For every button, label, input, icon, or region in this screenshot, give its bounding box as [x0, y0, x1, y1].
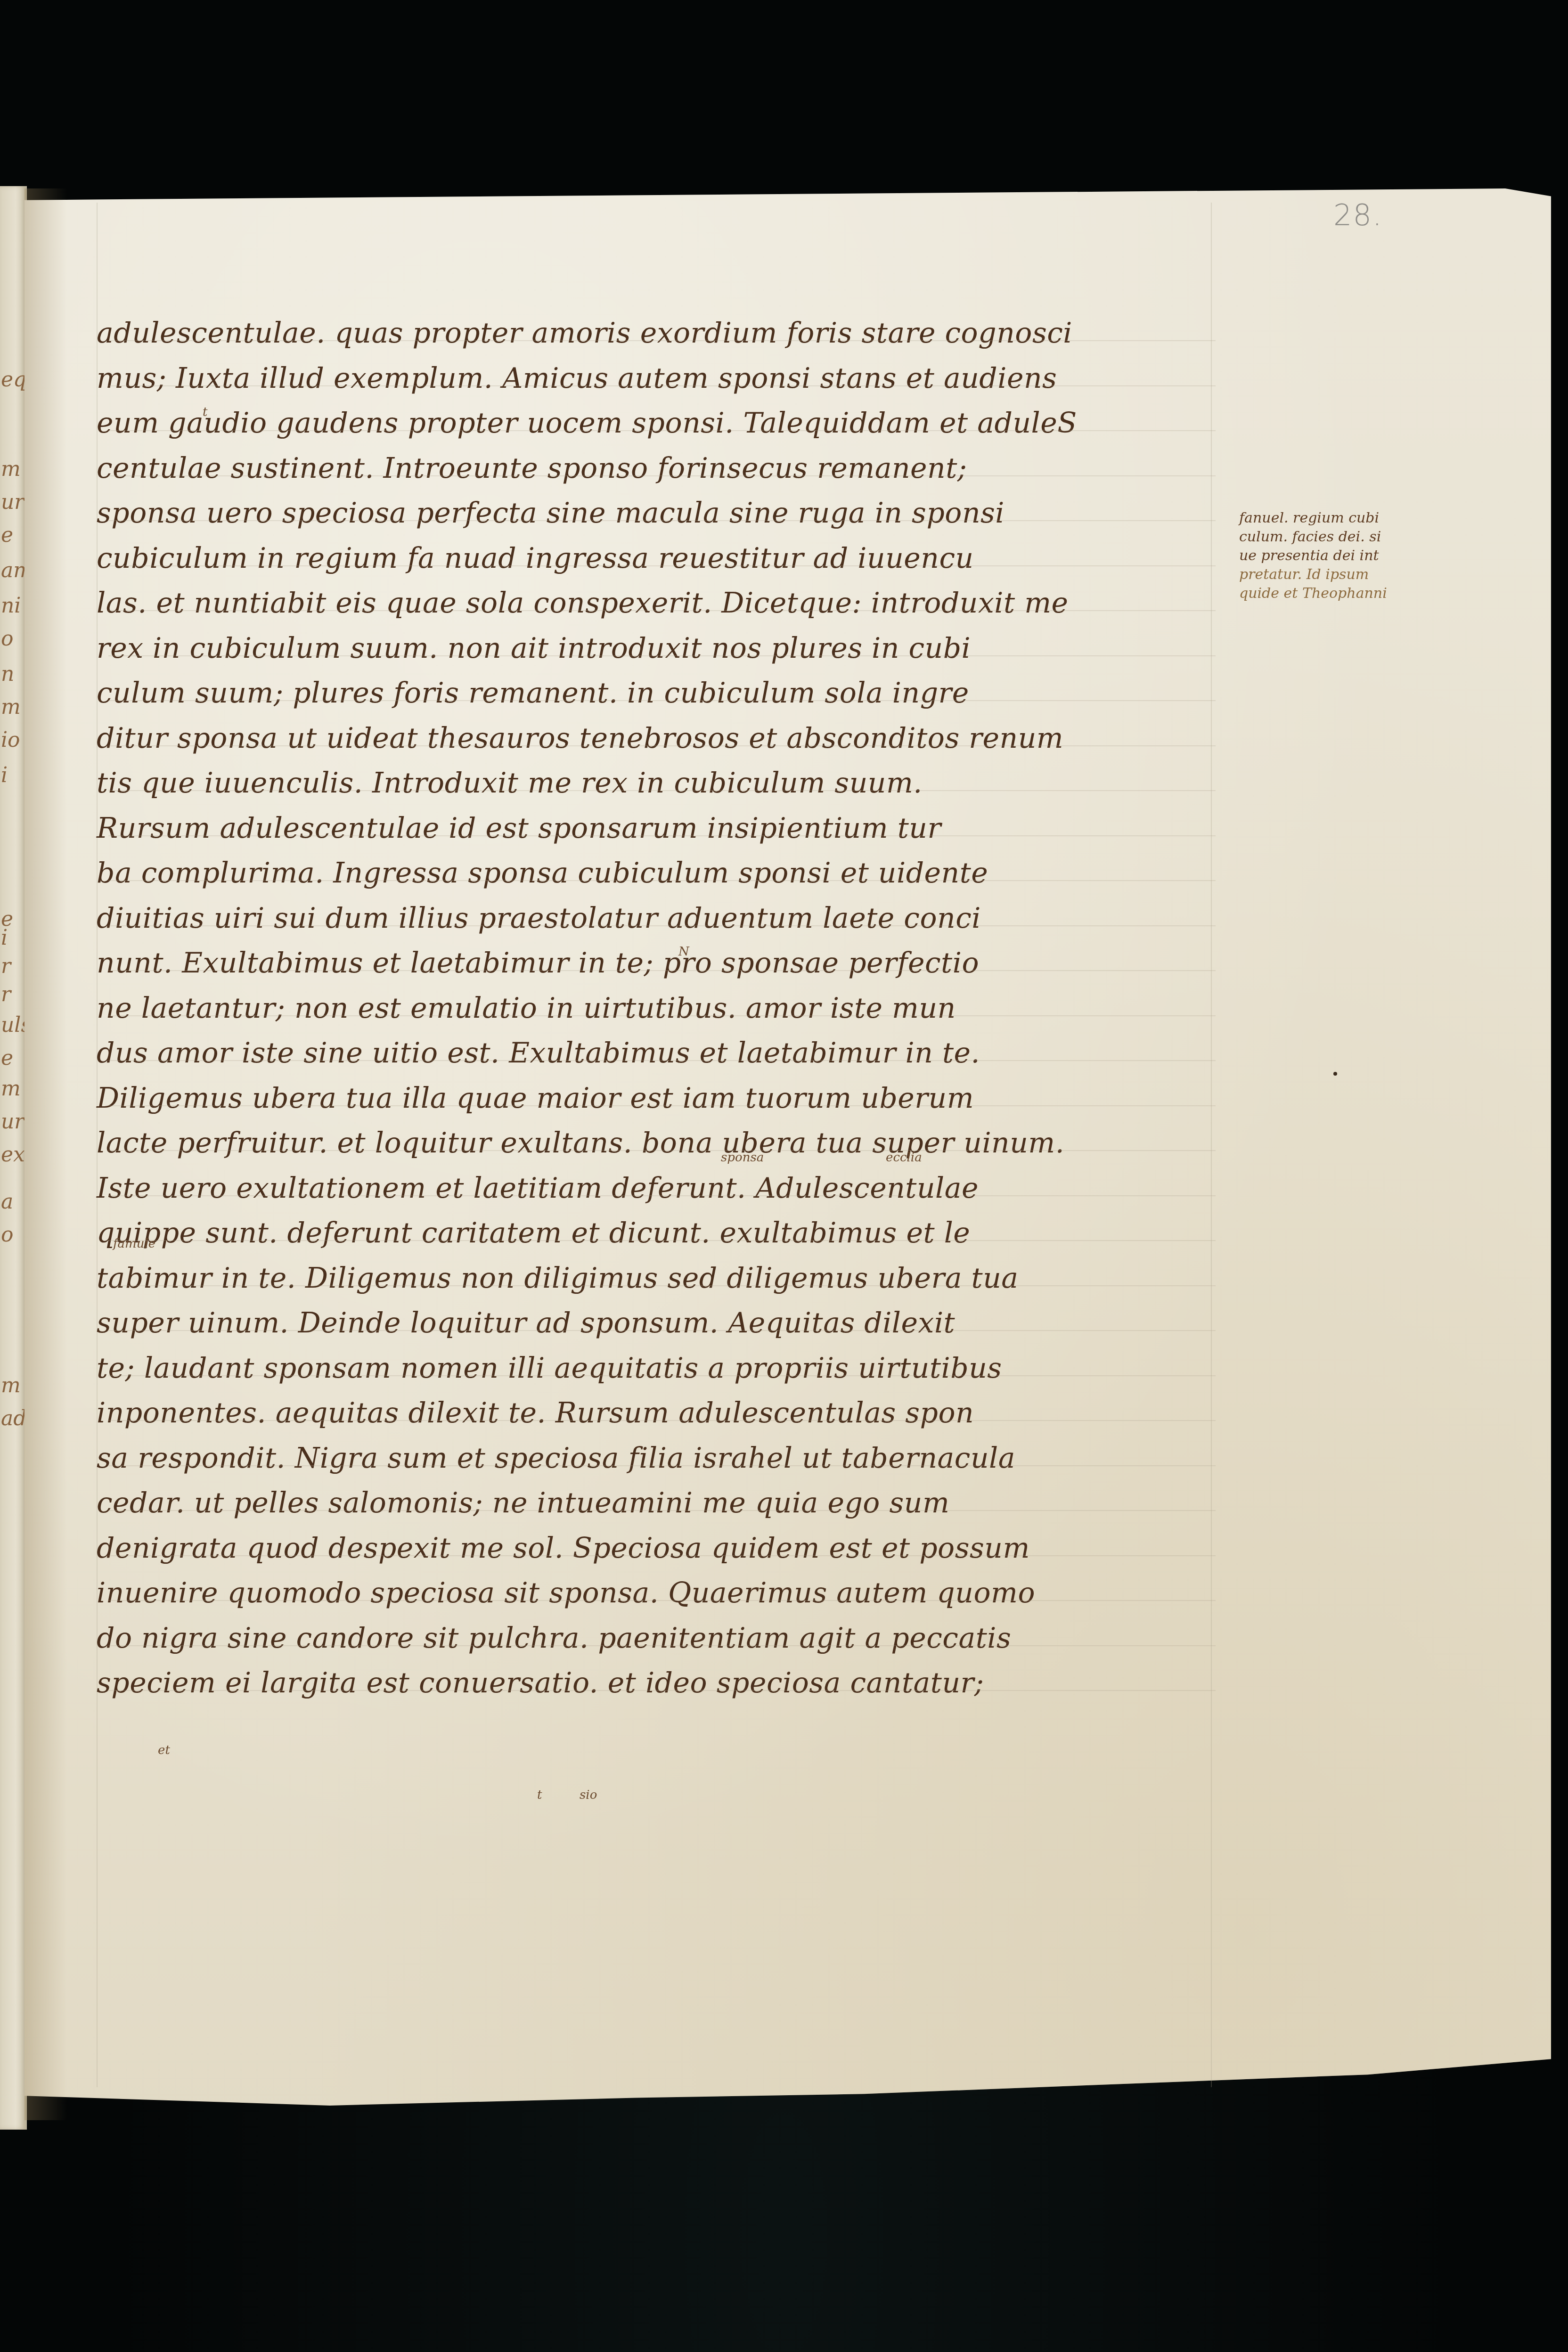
margin-note-line: culum. facies dei. si	[1239, 528, 1437, 547]
facing-page-fragment: am	[1, 558, 25, 582]
margin-note-line: pretatur. Id ipsum	[1239, 565, 1437, 584]
text-line: dus amor iste sine uitio est. Exultabimu…	[97, 1031, 1251, 1076]
text-line: diuitias uiri sui dum illius praestolatu…	[97, 896, 1251, 941]
facing-page-fragment: a	[1, 1190, 25, 1214]
text-line: inponentes. aequitas dilexit te. Rursum …	[97, 1391, 1251, 1436]
facing-page-fragment: ur	[1, 1110, 25, 1134]
text-line: lacte perfruitur. et loquitur exultans. …	[97, 1121, 1251, 1166]
text-line: denigrata quod despexit me sol. Speciosa…	[97, 1526, 1251, 1571]
facing-page-fragment: m	[1, 457, 25, 481]
text-line: nunt. Exultabimus et laetabimur in te; p…	[97, 941, 1251, 986]
text-line: culum suum; plures foris remanent. in cu…	[97, 671, 1251, 716]
text-line: ditur sponsa ut uideat thesauros tenebro…	[97, 716, 1251, 761]
folio-number: 28.	[1333, 198, 1383, 232]
facing-page-fragment: ex	[1, 1143, 25, 1167]
interlinear-gloss: t	[203, 405, 207, 419]
facing-page-fragment: i	[1, 926, 25, 950]
stray-ink-dot	[1333, 1072, 1337, 1076]
ruling-line	[108, 475, 1216, 476]
ruling-line	[108, 1510, 1216, 1511]
facing-page-fragment: r	[1, 982, 25, 1006]
ruling-line	[108, 1285, 1216, 1286]
ruling-line	[108, 1465, 1216, 1466]
facing-page-fragment: ulsq:	[1, 1013, 25, 1037]
ruling-line	[108, 385, 1216, 386]
ruling-line	[108, 700, 1216, 701]
ruling-line	[108, 1645, 1216, 1646]
margin-note-line: quide et Theophanni	[1239, 584, 1437, 603]
ruling-line	[108, 1150, 1216, 1151]
ruling-line	[108, 1195, 1216, 1196]
ruling-line	[108, 565, 1216, 566]
ruling-line	[108, 1600, 1216, 1601]
ruling-line	[108, 655, 1216, 656]
text-line: speciem ei largita est conuersatio. et i…	[97, 1661, 1251, 1706]
interlinear-gloss: t	[537, 1788, 542, 1802]
facing-page-fragment: r	[1, 954, 25, 978]
text-line: cubiculum in regium fa nuad ingressa reu…	[97, 536, 1251, 581]
margin-annotation: fanuel. regium cubiculum. facies dei. si…	[1239, 509, 1437, 603]
interlinear-gloss: sponsa	[721, 1151, 764, 1165]
ruling-line	[108, 1240, 1216, 1241]
text-line: las. et nuntiabit eis quae sola conspexe…	[97, 581, 1251, 626]
facing-page-fragment: o	[1, 1223, 25, 1247]
ruling-line	[108, 1690, 1216, 1691]
margin-note-line: ue presentia dei int	[1239, 547, 1437, 565]
facing-page-fragment: ur	[1, 490, 25, 514]
facing-page-fragment: n	[1, 662, 25, 686]
facing-page-fragment: o	[1, 627, 25, 651]
interlinear-gloss: famule	[113, 1237, 155, 1251]
margin-note-line: fanuel. regium cubi	[1239, 509, 1437, 528]
facing-page-edge: eq:mureamnionmioieirrulsq:emurexaomadé	[0, 186, 27, 2130]
text-line: inuenire quomodo speciosa sit sponsa. Qu…	[97, 1571, 1251, 1616]
ruling-line	[108, 925, 1216, 926]
ruling-line	[108, 745, 1216, 746]
text-line: ne laetantur; non est emulatio in uirtut…	[97, 986, 1251, 1031]
text-line: adulescentulae. quas propter amoris exor…	[97, 311, 1251, 356]
facing-page-fragment: m	[1, 695, 25, 719]
ruling-line	[108, 1105, 1216, 1106]
interlinear-gloss: ecclia	[886, 1151, 922, 1165]
facing-page-fragment: ni	[1, 594, 25, 618]
text-line: Rursum adulescentulae id est sponsarum i…	[97, 806, 1251, 851]
text-line: te; laudant sponsam nomen illi aequitati…	[97, 1346, 1251, 1391]
interlinear-gloss: sio	[580, 1788, 597, 1802]
ruling-line	[108, 520, 1216, 521]
facing-page-fragment: adé	[1, 1406, 25, 1430]
text-line: mus; Iuxta illud exemplum. Amicus autem …	[97, 356, 1251, 401]
interlinear-gloss: et	[158, 1743, 170, 1757]
facing-page-fragment: e	[1, 523, 25, 547]
text-line: sponsa uero speciosa perfecta sine macul…	[97, 491, 1251, 536]
ruling-line	[108, 610, 1216, 611]
ruling-line	[108, 790, 1216, 791]
ruling-line	[108, 1420, 1216, 1421]
text-line: do nigra sine candore sit pulchra. paeni…	[97, 1616, 1251, 1661]
ruling-line	[108, 340, 1216, 341]
interlinear-gloss: N	[678, 945, 689, 959]
facing-page-fragment: io	[1, 728, 25, 752]
text-line: Diligemus ubera tua illa quae maior est …	[97, 1076, 1251, 1121]
facing-page-fragment: m	[1, 1077, 25, 1101]
ruling-line	[108, 1330, 1216, 1331]
facing-page-fragment: i	[1, 763, 25, 787]
text-line: rex in cubiculum suum. non ait introduxi…	[97, 626, 1251, 671]
ruling-line	[108, 970, 1216, 971]
facing-page-fragment: e	[1, 1046, 25, 1070]
text-line: eum gaudio gaudens propter uocem sponsi.…	[97, 401, 1251, 446]
ruling-line	[108, 1555, 1216, 1556]
text-line: sa respondit. Nigra sum et speciosa fili…	[97, 1436, 1251, 1481]
text-line: cedar. ut pelles salomonis; ne intueamin…	[97, 1481, 1251, 1526]
facing-page-fragment: eq:	[1, 367, 25, 392]
text-line: tis que iuuenculis. Introduxit me rex in…	[97, 761, 1251, 806]
text-line: centulae sustinent. Introeunte sponso fo…	[97, 446, 1251, 491]
text-line: Iste uero exultationem et laetitiam defe…	[97, 1166, 1251, 1211]
ruling-line	[108, 835, 1216, 836]
ruling-line	[108, 880, 1216, 881]
ruling-line	[108, 430, 1216, 431]
facing-page-fragment: m	[1, 1373, 25, 1397]
ruling-line	[108, 1015, 1216, 1016]
text-line: tabimur in te. Diligemus non diligimus s…	[97, 1256, 1251, 1301]
ruling-line	[108, 1375, 1216, 1376]
ruling-line	[108, 1060, 1216, 1061]
text-line: ba complurima. Ingressa sponsa cubiculum…	[97, 851, 1251, 896]
text-line: super uinum. Deinde loquitur ad sponsum.…	[97, 1301, 1251, 1346]
text-line: quippe sunt. deferunt caritatem et dicun…	[97, 1211, 1251, 1256]
